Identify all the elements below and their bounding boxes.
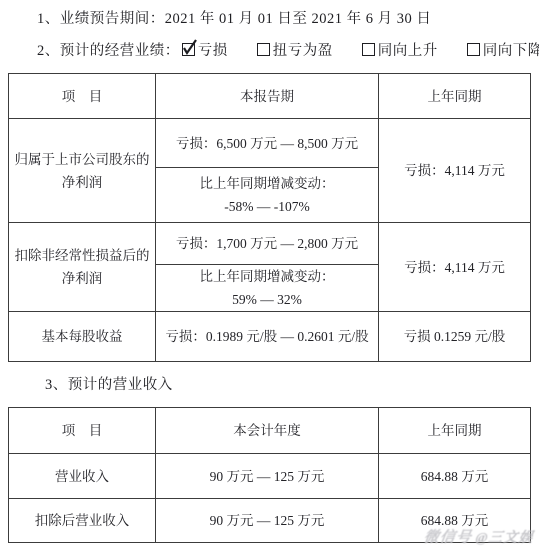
change-label: 比上年同期增减变动： [160, 172, 374, 195]
cell-net-profit-prior: 亏损：4,114 万元 [379, 119, 531, 223]
unchecked-checkbox-icon [467, 43, 480, 56]
header-fiscal-year: 本会计年度 [156, 408, 379, 454]
unchecked-checkbox-icon [362, 43, 375, 56]
table-row: 基本每股收益 亏损：0.1989 元/股 — 0.2601 元/股 亏损 0.1… [9, 312, 531, 362]
checked-checkbox-icon [182, 43, 195, 56]
watermark-handle: @三文娱 [475, 531, 535, 546]
option-same-direction-down-label: 同向下降 [483, 39, 539, 60]
revenue-table: 项 目 本会计年度 上年同期 营业收入 90 万元 — 125 万元 684.8… [8, 407, 531, 543]
header-item: 项 目 [9, 408, 156, 454]
option-turn-profit-label: 扭亏为盈 [273, 39, 333, 60]
cell-net-profit-item: 归属于上市公司股东的净利润 [9, 119, 156, 223]
header-prior-period: 上年同期 [379, 74, 531, 119]
table-row: 归属于上市公司股东的净利润 亏损：6,500 万元 — 8,500 万元 亏损：… [9, 119, 531, 168]
change-label: 比上年同期增减变动： [160, 265, 374, 288]
forecast-period-label: 1、业绩预告期间： [37, 11, 165, 27]
cell-eps-prior: 亏损 0.1259 元/股 [379, 312, 531, 362]
forecast-document: 1、业绩预告期间：2021 年 01 月 01 日至 2021 年 6 月 30… [0, 0, 539, 548]
header-current-period: 本报告期 [156, 74, 379, 119]
cell-deducted-profit-change: 比上年同期增减变动： 59% — 32% [156, 265, 379, 312]
cell-revenue-prior: 684.88 万元 [379, 454, 531, 499]
cell-deducted-profit-loss-range: 亏损：1,700 万元 — 2,800 万元 [156, 223, 379, 265]
header-prior-period: 上年同期 [379, 408, 531, 454]
option-turn-profit: 扭亏为盈 [257, 39, 333, 60]
header-item: 项 目 [9, 74, 156, 119]
option-same-direction-down: 同向下降 [467, 39, 539, 60]
cell-deducted-revenue-current: 90 万元 — 125 万元 [156, 499, 379, 543]
performance-table: 项 目 本报告期 上年同期 归属于上市公司股东的净利润 亏损：6,500 万元 … [8, 73, 531, 362]
change-range: 59% — 32% [160, 288, 374, 311]
watermark: 微信号@三文娱 [423, 526, 536, 547]
watermark-logo: 微信号 [423, 530, 473, 546]
cell-deducted-profit-item: 扣除非经常性损益后的净利润 [9, 223, 156, 312]
cell-deducted-revenue-item: 扣除后营业收入 [9, 499, 156, 543]
cell-eps-loss-range: 亏损：0.1989 元/股 — 0.2601 元/股 [156, 312, 379, 362]
table-header-row: 项 目 本会计年度 上年同期 [9, 408, 531, 454]
cell-revenue-current: 90 万元 — 125 万元 [156, 454, 379, 499]
forecast-period-line: 1、业绩预告期间：2021 年 01 月 01 日至 2021 年 6 月 30… [37, 7, 431, 28]
cell-eps-item: 基本每股收益 [9, 312, 156, 362]
option-loss: 亏损 [182, 39, 228, 60]
forecast-period-value: 2021 年 01 月 01 日至 2021 年 6 月 30 日 [165, 11, 432, 27]
table-header-row: 项 目 本报告期 上年同期 [9, 74, 531, 119]
change-range: -58% — -107% [160, 195, 374, 218]
cell-deducted-profit-prior: 亏损：4,114 万元 [379, 223, 531, 312]
unchecked-checkbox-icon [257, 43, 270, 56]
cell-net-profit-change: 比上年同期增减变动： -58% — -107% [156, 168, 379, 223]
expected-performance-line: 2、预计的经营业绩： 亏损 扭亏为盈 同向上升 同向下降 [37, 39, 539, 60]
expected-performance-label: 2、预计的经营业绩： [37, 39, 180, 60]
option-loss-label: 亏损 [198, 39, 228, 60]
cell-revenue-item: 营业收入 [9, 454, 156, 499]
table-row: 扣除非经常性损益后的净利润 亏损：1,700 万元 — 2,800 万元 亏损：… [9, 223, 531, 265]
expected-revenue-heading: 3、预计的营业收入 [45, 373, 173, 394]
table-row: 营业收入 90 万元 — 125 万元 684.88 万元 [9, 454, 531, 499]
option-same-direction-up-label: 同向上升 [378, 39, 438, 60]
option-same-direction-up: 同向上升 [362, 39, 438, 60]
cell-net-profit-loss-range: 亏损：6,500 万元 — 8,500 万元 [156, 119, 379, 168]
